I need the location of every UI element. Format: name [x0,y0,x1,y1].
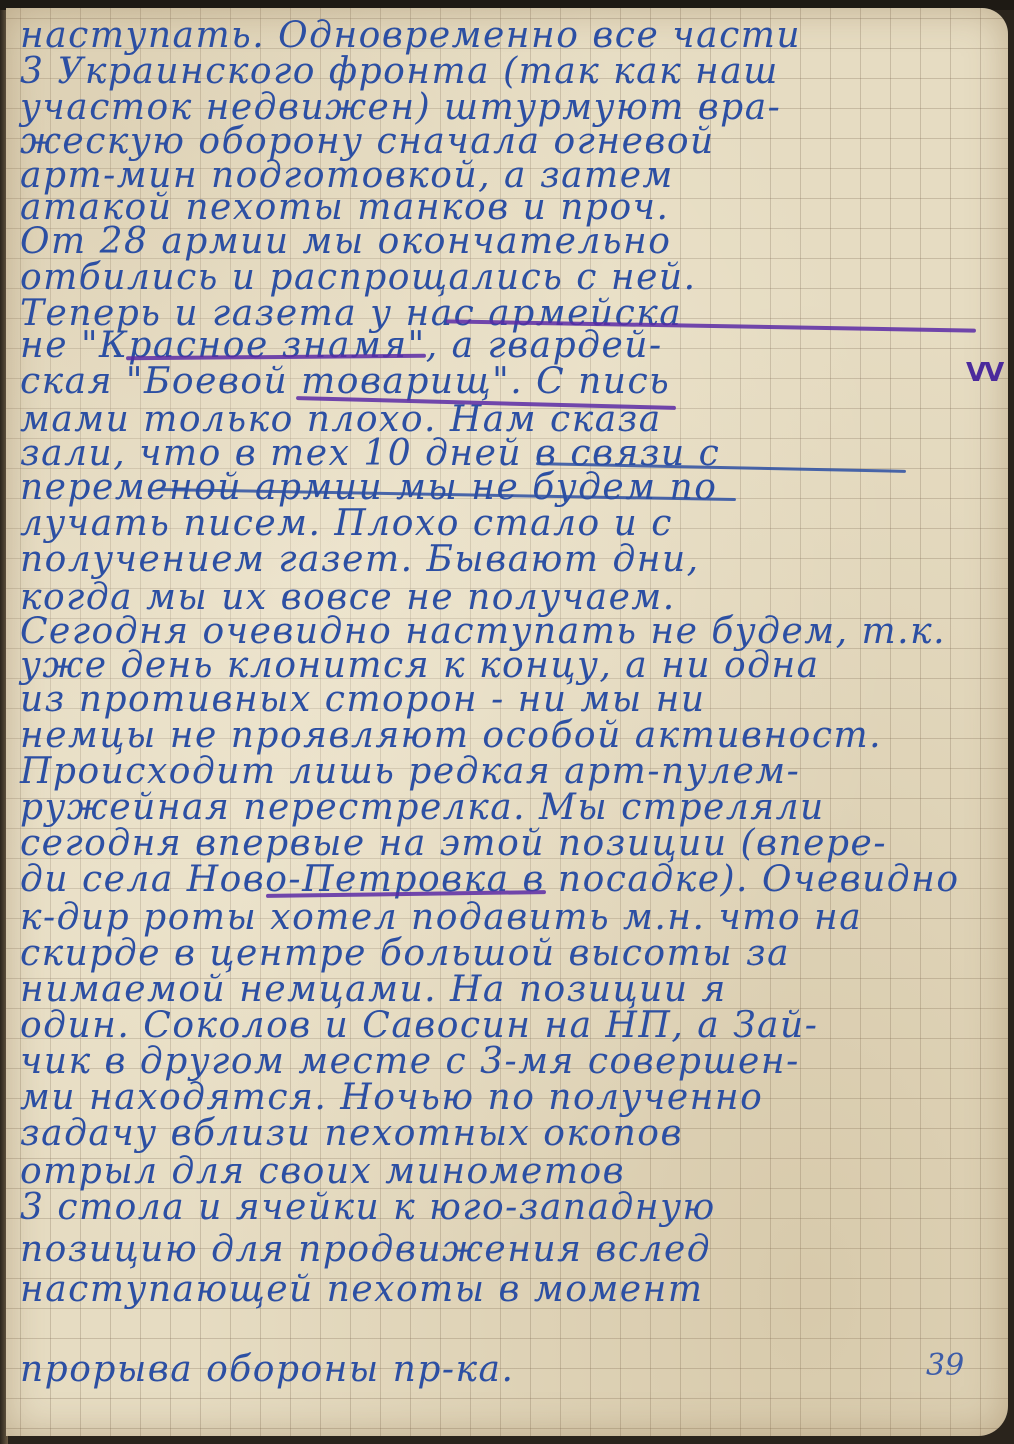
text-line: наступающей пехоты в момент [20,1270,703,1310]
text-line: ружейная перестрелка. Мы стреляли [20,788,825,828]
text-line: сегодня впервые на этой позиции (впере- [20,824,887,864]
text-line: наступать. Одновременно все части [20,16,801,56]
text-line: один. Соколов и Савосин на НП, а Зай- [20,1006,818,1046]
notebook-page: наступать. Одновременно все части 3 Укра… [6,8,1008,1436]
text-line: ми находятся. Ночью по полученно [20,1078,763,1118]
text-line: ская "Боевой товарищ". С пись [20,362,670,402]
text-line: Происходит лишь редкая арт-пулем- [20,752,800,792]
text-line: 3 Украинского фронта (так как наш [20,52,779,92]
text-line: из противных сторон - ни мы ни [20,680,706,720]
text-line: получением газет. Бывают дни, [20,540,700,580]
margin-check-mark: VV [966,358,1002,388]
text-line: отрыл для своих минометов [20,1152,625,1192]
text-line: нимаемой немцами. На позиции я [20,970,727,1010]
page-number: 39 [926,1348,964,1383]
text-line: задачу вблизи пехотных окопов [20,1114,683,1154]
text-line: 3 стола и ячейки к юго-западную [20,1188,716,1228]
text-line: скирде в центре большой высоты за [20,934,790,974]
text-line: переменой армии мы не будем по [20,468,717,508]
text-line: прорыва обороны пр-ка. [20,1350,514,1390]
text-line: к-дир роты хотел подавить м.н. что на [20,898,862,938]
text-line: позицию для продвижения вслед [20,1230,711,1270]
text-line: лучать писем. Плохо стало и с [20,504,673,544]
text-line: От 28 армии мы окончательно [20,222,671,262]
text-line: не "Красное знамя", а гвардей- [20,326,663,366]
text-line: чик в другом месте с 3-мя совершен- [20,1042,800,1082]
text-line: отбились и распрощались с ней. [20,258,697,298]
text-line: немцы не проявляют особой активност. [20,716,882,756]
